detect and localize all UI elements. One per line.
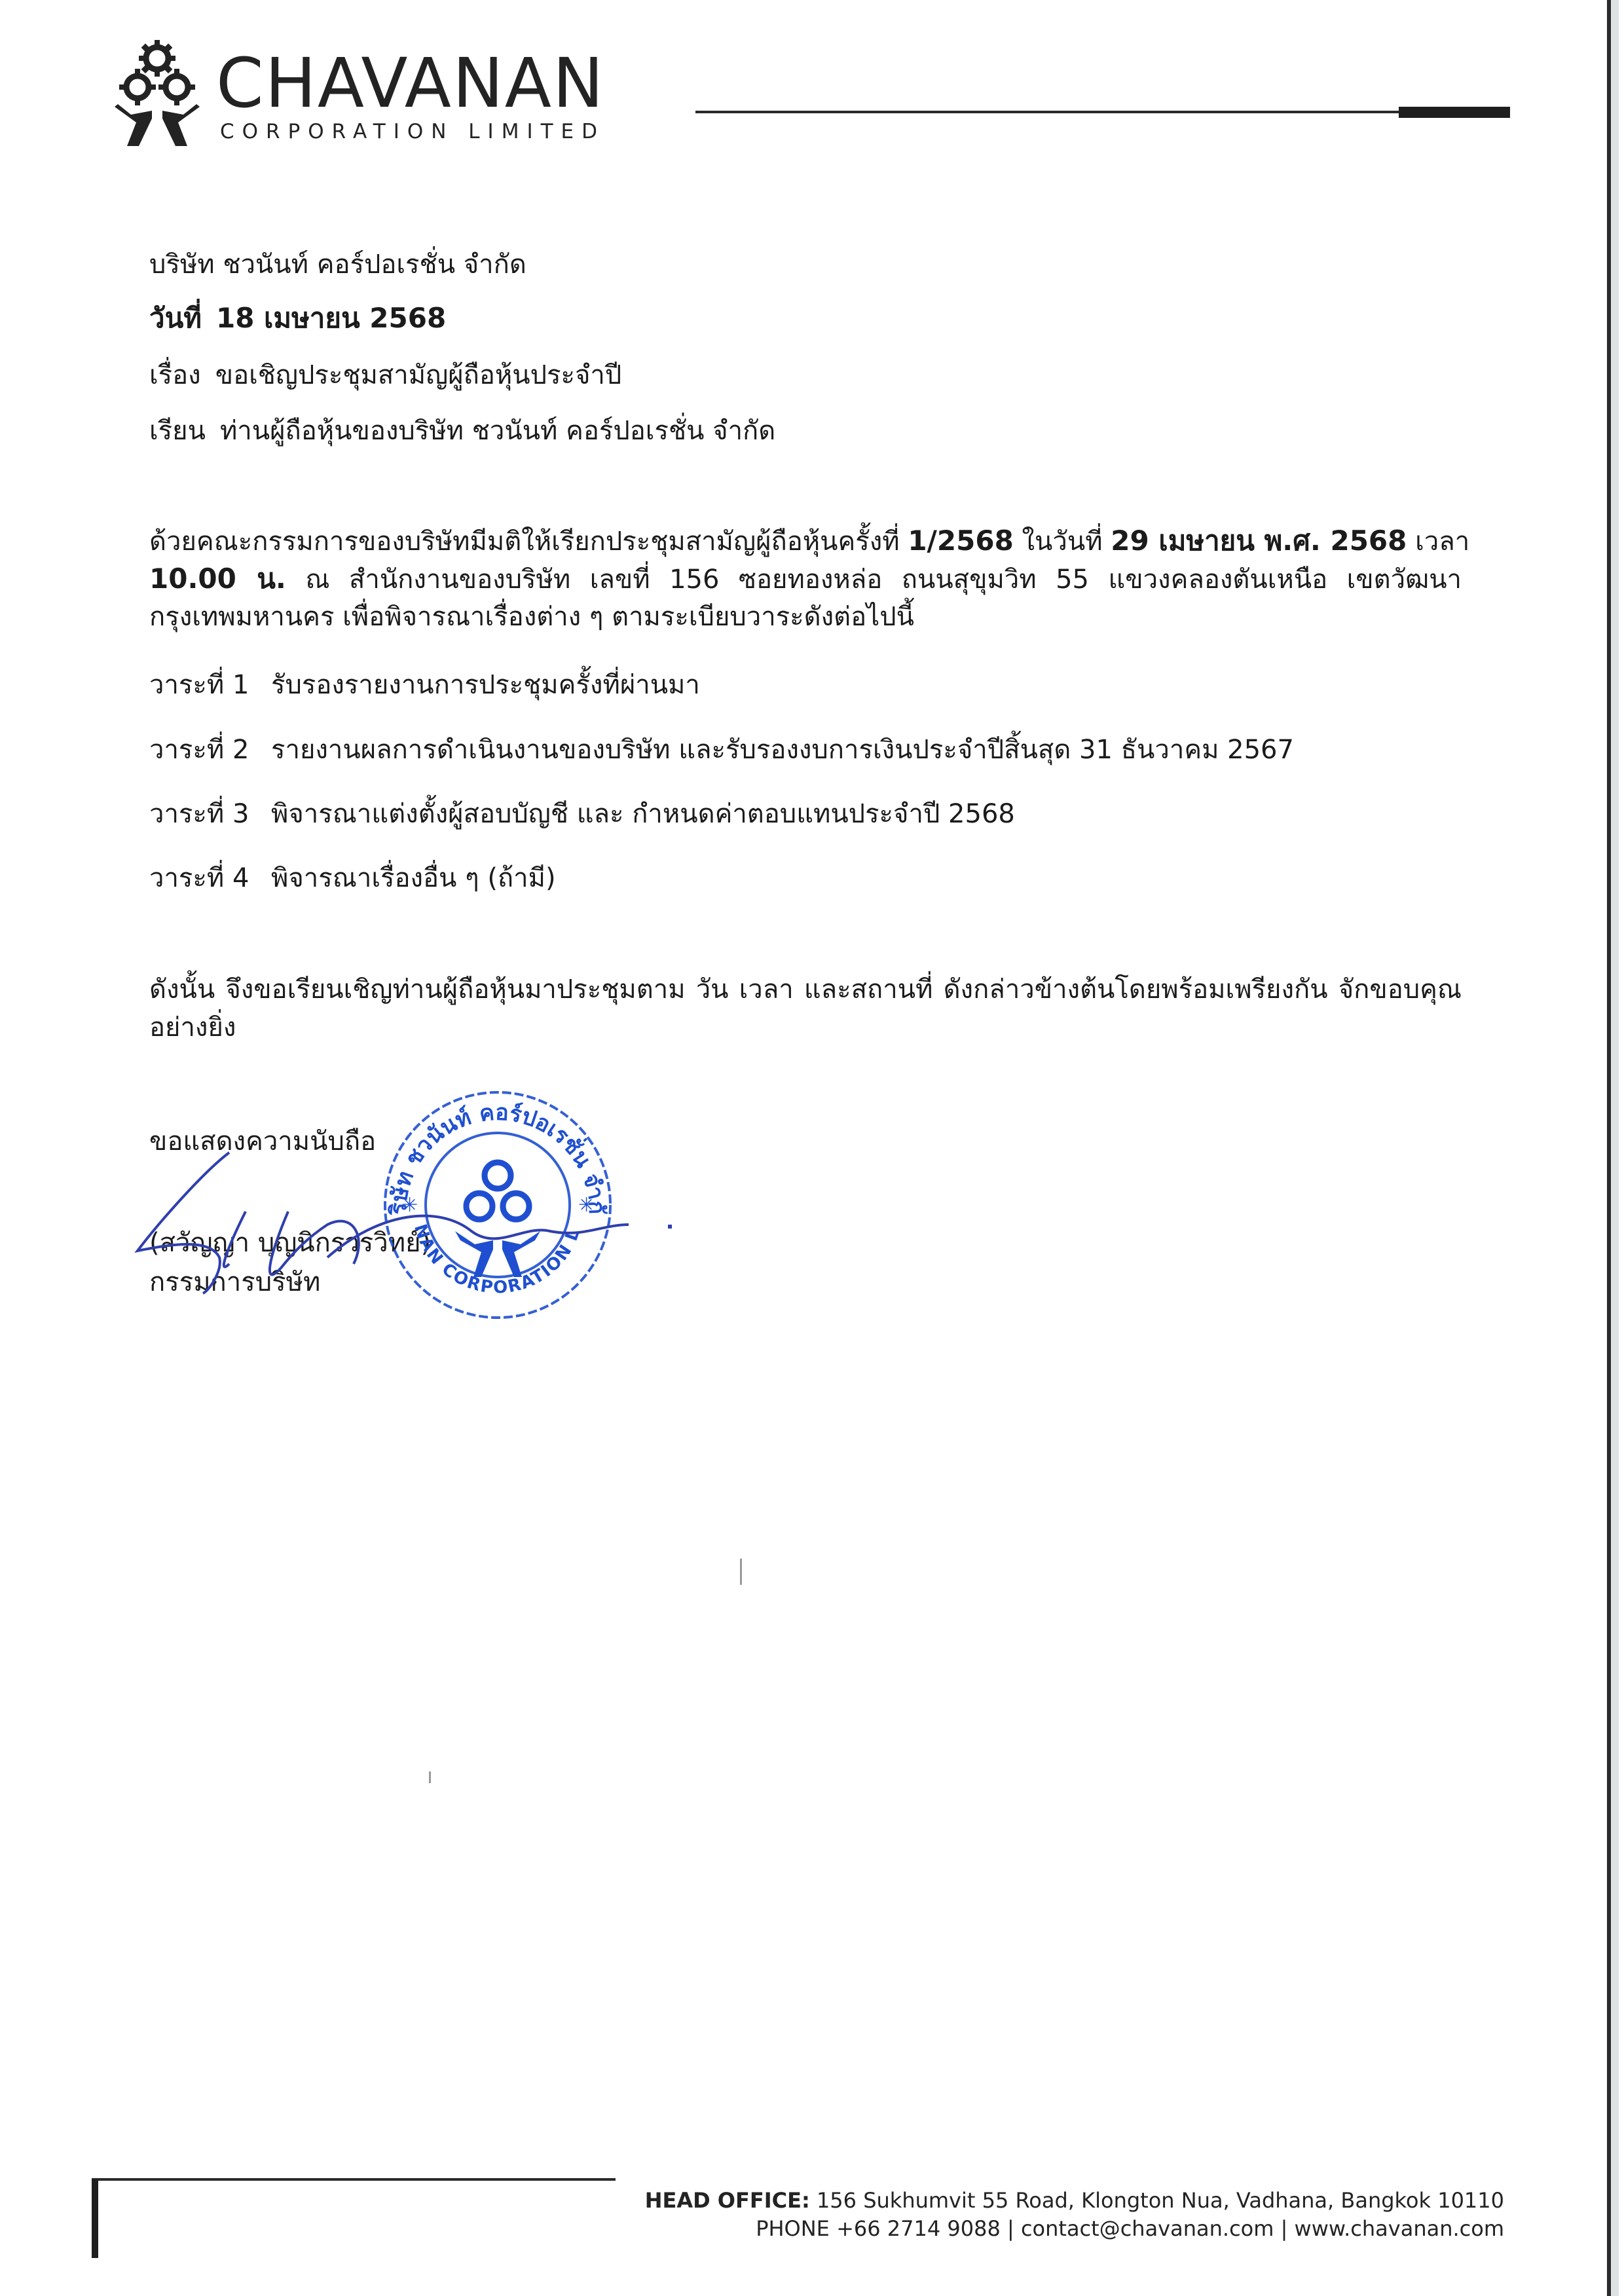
intro-paragraph: ด้วยคณะกรรมการของบริษัทมีมติให้เรียกประช… — [149, 522, 1462, 636]
recipient-label: เรียน — [149, 413, 206, 449]
agenda-item: วาระที่ 3พิจารณาแต่งตั้งผู้สอบบัญชี และ … — [149, 796, 1015, 832]
header-rule — [695, 111, 1403, 113]
paragraph-text: ในวันที่ — [1014, 527, 1111, 557]
emphasized-text: 1/2568 — [908, 525, 1013, 557]
gears-hands-logo-icon — [111, 36, 203, 147]
agenda-text: พิจารณาแต่งตั้งผู้สอบบัญชี และ กำหนดค่าต… — [271, 799, 1015, 829]
emphasized-text: 10.00 น. — [149, 563, 286, 595]
subject-value: ขอเชิญประชุมสามัญผู้ถือหุ้นประจำปี — [215, 360, 622, 390]
separator: | — [1007, 2216, 1014, 2241]
agenda-text: รับรองรายงานการประชุมครั้งที่ผ่านมา — [271, 670, 700, 700]
emphasized-text: 29 เมษายน พ.ศ. 2568 — [1111, 525, 1407, 557]
website-link[interactable]: www.chavanan.com — [1295, 2216, 1504, 2241]
date-label: วันที่ — [149, 300, 202, 337]
brand-name: CHAVANAN — [216, 49, 605, 117]
scan-edge — [1607, 0, 1611, 2296]
agenda-label: วาระที่ 4 — [149, 860, 271, 897]
closing-paragraph: ดังนั้น จึงขอเรียนเชิญท่านผู้ถือหุ้นมาปร… — [149, 971, 1462, 1046]
phone-number: +66 2714 9088 — [836, 2216, 1001, 2241]
brand-subtitle: CORPORATION LIMITED — [220, 120, 605, 143]
handwritten-signature-icon — [131, 1126, 642, 1297]
paragraph-text: เวลา — [1407, 527, 1469, 557]
head-office-label: HEAD OFFICE: — [645, 2188, 810, 2213]
footer-rule — [92, 2178, 616, 2181]
agenda-label: วาระที่ 2 — [149, 731, 271, 768]
paragraph-text: ณ สำนักงานของบริษัท เลขที่ 156 ซอยทองหล่… — [286, 565, 1462, 595]
paragraph-text: ด้วยคณะกรรมการของบริษัทมีมติให้เรียกประช… — [149, 527, 908, 557]
scan-edge-shadow — [1611, 0, 1619, 2296]
footer-contact-line: PHONE +66 2714 9088 | contact@chavanan.c… — [756, 2215, 1504, 2242]
email-link[interactable]: contact@chavanan.com — [1021, 2216, 1274, 2241]
agenda-item: วาระที่ 4พิจารณาเรื่องอื่น ๆ (ถ้ามี) — [149, 860, 556, 897]
header-rule-accent — [1399, 107, 1510, 118]
agenda-label: วาระที่ 3 — [149, 796, 271, 832]
agenda-text: พิจารณาเรื่องอื่น ๆ (ถ้ามี) — [271, 863, 556, 893]
agenda-item: วาระที่ 1รับรองรายงานการประชุมครั้งที่ผ่… — [149, 667, 700, 703]
paragraph-line: กรุงเทพมหานคร เพื่อพิจารณาเรื่องต่าง ๆ ต… — [149, 598, 1462, 636]
phone-label: PHONE — [756, 2216, 830, 2241]
paragraph-line: อย่างยิ่ง — [149, 1009, 1462, 1046]
subject-line: เรื่องขอเชิญประชุมสามัญผู้ถือหุ้นประจำปี — [149, 357, 621, 394]
date-value: 18 เมษายน 2568 — [216, 302, 446, 334]
scan-speck — [740, 1559, 742, 1585]
footer-bracket — [92, 2179, 98, 2258]
separator: | — [1281, 2216, 1288, 2241]
ink-dot — [668, 1225, 672, 1229]
footer-address-line: HEAD OFFICE: 156 Sukhumvit 55 Road, Klon… — [645, 2187, 1504, 2213]
recipient-line: เรียนท่านผู้ถือหุ้นของบริษัท ชวนันท์ คอร… — [149, 413, 775, 449]
agenda-item: วาระที่ 2รายงานผลการดำเนินงานของบริษัท แ… — [149, 731, 1294, 768]
company-logo: CHAVANAN CORPORATION LIMITED — [111, 36, 635, 147]
head-office-address: 156 Sukhumvit 55 Road, Klongton Nua, Vad… — [817, 2188, 1504, 2213]
paragraph-line: ด้วยคณะกรรมการของบริษัทมีมติให้เรียกประช… — [149, 522, 1462, 560]
scan-speck — [429, 1771, 431, 1783]
subject-label: เรื่อง — [149, 357, 201, 394]
paragraph-line: 10.00 น. ณ สำนักงานของบริษัท เลขที่ 156 … — [149, 560, 1462, 598]
recipient-value: ท่านผู้ถือหุ้นของบริษัท ชวนันท์ คอร์ปอเร… — [220, 416, 775, 446]
paragraph-line: ดังนั้น จึงขอเรียนเชิญท่านผู้ถือหุ้นมาปร… — [149, 971, 1462, 1009]
company-name-line: บริษัท ชวนันท์ คอร์ปอเรชั่น จำกัด — [149, 246, 526, 283]
agenda-label: วาระที่ 1 — [149, 667, 271, 703]
paragraph-text: กรุงเทพมหานคร เพื่อพิจารณาเรื่องต่าง ๆ ต… — [149, 602, 914, 632]
date-line: วันที่18 เมษายน 2568 — [149, 300, 446, 337]
agenda-text: รายงานผลการดำเนินงานของบริษัท และรับรองง… — [271, 735, 1294, 765]
